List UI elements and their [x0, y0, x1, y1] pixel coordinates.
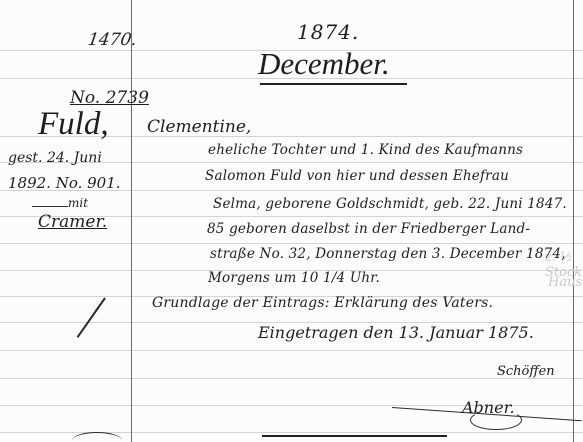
first-name: Clementine,	[147, 117, 251, 137]
month-underline	[260, 83, 407, 85]
entry-basis-line: Grundlage der Eintrags: Erklärung des Va…	[152, 295, 493, 311]
ruled-line	[0, 243, 583, 244]
entry-month: December.	[258, 46, 390, 82]
margin-annotation: Cramer.	[38, 212, 107, 232]
margin-column-line	[131, 0, 132, 442]
margin-annotation: gest. 24. Juni	[8, 150, 102, 166]
right-column-line	[573, 0, 574, 442]
register-page: z. ½ Stock Haus 1470. No. 2739 Fuld, ges…	[0, 0, 583, 442]
entry-line: Morgens um 10 1/4 Uhr.	[208, 270, 380, 286]
pen-stroke	[77, 297, 106, 337]
entry-line: eheliche Tochter und 1. Kind des Kaufman…	[208, 142, 523, 158]
ruled-line	[0, 378, 583, 379]
register-number: No. 2739	[70, 88, 149, 108]
annotation-dash	[32, 206, 68, 207]
pen-stroke	[72, 432, 122, 442]
entry-line: straße No. 32, Donnerstag den 3. Decembe…	[210, 246, 566, 262]
entry-line: Salomon Fuld von hier und dessen Ehefrau	[205, 168, 509, 184]
closing-rule	[262, 435, 447, 437]
surname: Fuld,	[38, 106, 109, 143]
bleed-through-text: Haus	[548, 275, 582, 290]
margin-annotation: 1892. No. 901.	[8, 174, 121, 192]
entry-line: Selma, geborene Goldschmidt, geb. 22. Ju…	[213, 196, 567, 212]
margin-annotation: mit	[68, 196, 88, 210]
entry-year: 1874.	[297, 20, 359, 44]
signature-flourish	[470, 410, 522, 430]
entered-date: Eingetragen den 13. Januar 1875.	[258, 323, 534, 342]
signature-title: Schöffen	[497, 364, 555, 379]
page-number: 1470.	[87, 30, 138, 50]
entry-line: 85 geboren daselbst in der Friedberger L…	[207, 221, 530, 237]
ruled-line	[0, 350, 583, 351]
